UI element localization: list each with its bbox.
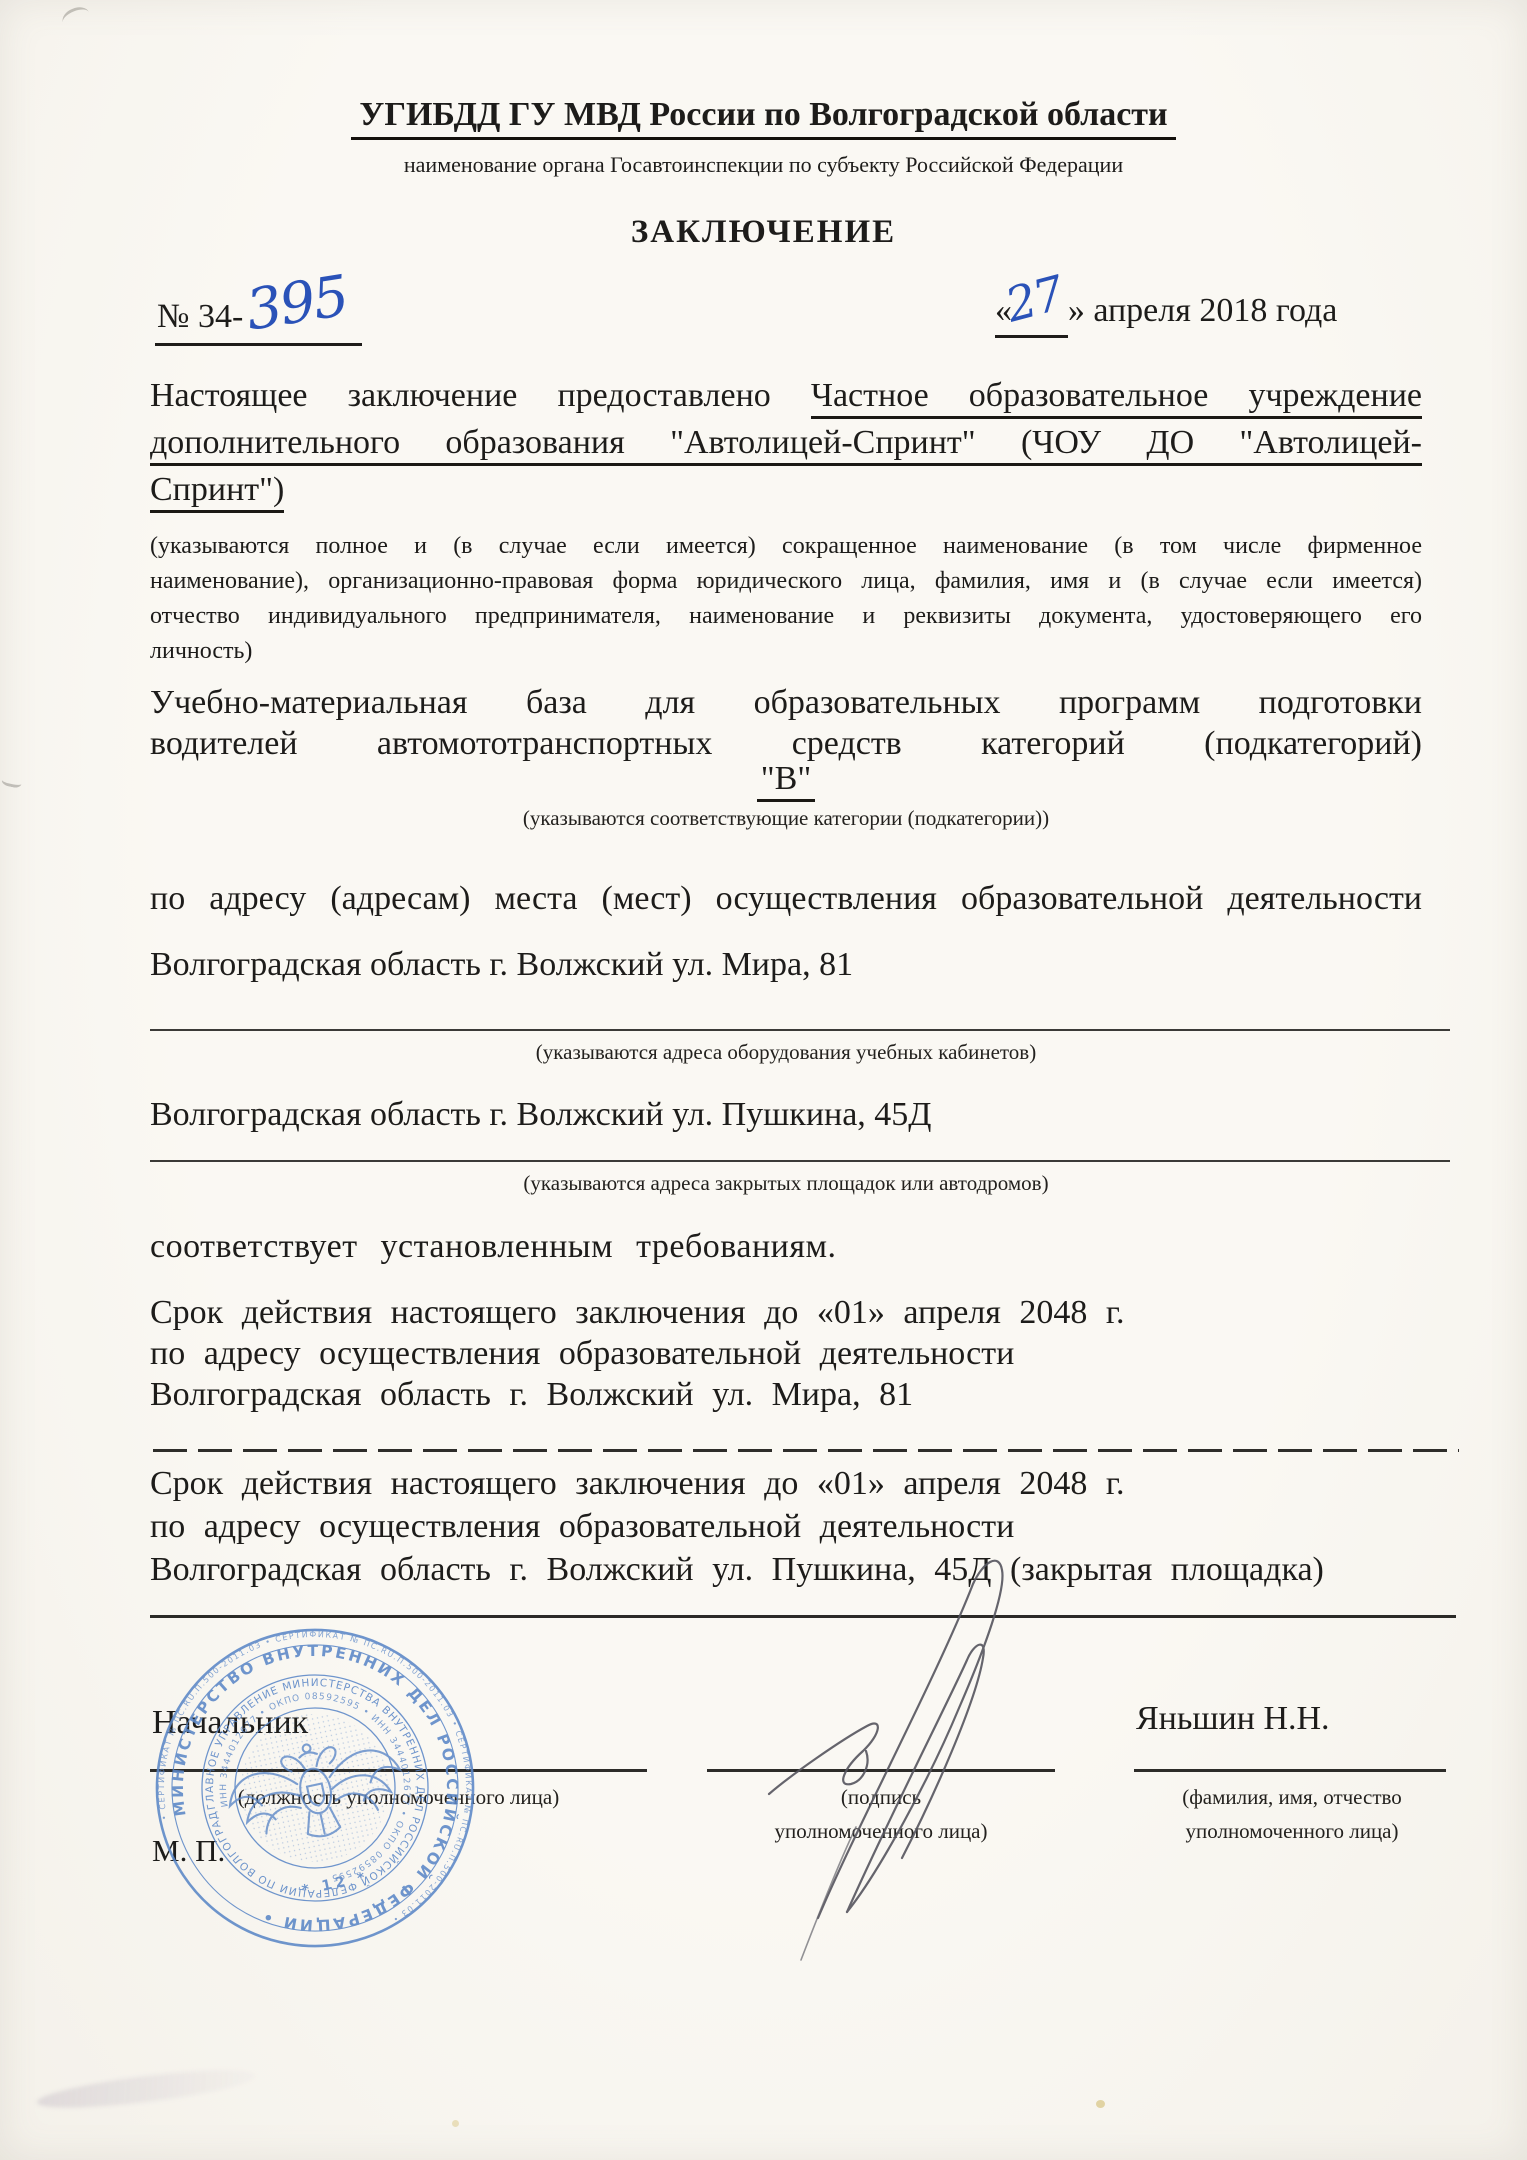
grounds-caption: (указываются адреса закрытых площадок ил…: [150, 1171, 1422, 1196]
handwritten-signature: [745, 1526, 1045, 1976]
name-line: [1134, 1769, 1446, 1772]
category-caption: (указываются соответствующие категории (…: [150, 806, 1422, 831]
grounds-address: Волгоградская область г. Волжский ул. Пу…: [150, 1096, 932, 1134]
handwritten-document-number: 395: [242, 264, 352, 344]
validity-education-block: Срок действия настоящего заключения до «…: [150, 1292, 1125, 1415]
document-number: № 34-395: [155, 276, 362, 346]
scan-artifact: [35, 2063, 257, 2116]
scan-artifact: [452, 2120, 459, 2127]
organization-name: Частное образовательное учреждение: [811, 377, 1422, 419]
grant-line-3: Спринт"): [150, 466, 1422, 513]
vehicle-category: "В": [150, 760, 1422, 798]
validity-grounds-block: Срок действия настоящего заключения до «…: [150, 1462, 1324, 1591]
document-number-prefix: № 34-: [157, 298, 243, 335]
rule-classrooms: [150, 1029, 1450, 1031]
document-type-title: ЗАКЛЮЧЕНИЕ: [0, 214, 1527, 251]
document-date: «27» апреля 2018 года: [995, 278, 1337, 338]
scan-artifact: [59, 3, 92, 31]
signer-name: Яньшин Н.Н.: [1136, 1700, 1330, 1738]
authority-title: УГИБДД ГУ МВД России по Волгоградской об…: [0, 96, 1527, 134]
authority-caption: наименование органа Госавтоинспекции по …: [0, 152, 1527, 178]
grant-paragraph: Настоящее заключение предоставлено Частн…: [150, 372, 1422, 513]
grant-line-1: Настоящее заключение предоставлено Частн…: [150, 372, 1422, 419]
official-round-stamp: • СЕРТИФИКАТ № ПС.RU.П.500-2011.03 • СЕР…: [145, 1618, 485, 1958]
classrooms-address: Волгоградская область г. Волжский ул. Ми…: [150, 946, 853, 984]
scanned-document-page: УГИБДД ГУ МВД России по Волгоградской об…: [0, 0, 1527, 2160]
classrooms-caption: (указываются адреса оборудования учебных…: [150, 1040, 1422, 1065]
grant-line-2: дополнительного образования "Автолицей-С…: [150, 419, 1422, 466]
training-base-paragraph: Учебно-материальная база для образовател…: [150, 682, 1422, 764]
scan-artifact: [1096, 2100, 1105, 2108]
dashed-separator: [153, 1449, 1459, 1452]
address-intro: по адресу (адресам) места (мест) осущест…: [150, 880, 1422, 918]
scan-artifact: [1, 772, 23, 789]
compliance-statement: соответствует установленным требованиям.: [150, 1228, 837, 1266]
date-month-year: » апреля 2018 года: [1068, 292, 1338, 329]
name-caption: (фамилия, имя, отчество уполномоченного …: [1134, 1780, 1450, 1848]
grant-note: (указываются полное и (в случае если име…: [150, 529, 1422, 669]
rule-grounds: [150, 1160, 1450, 1162]
